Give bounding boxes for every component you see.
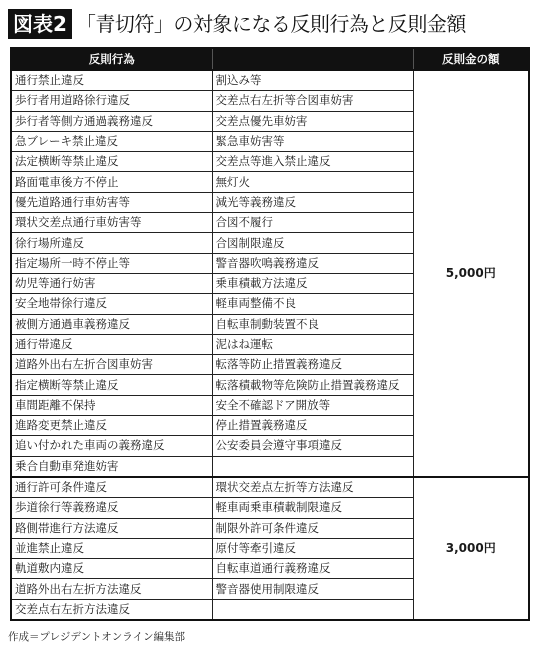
violation-cell-left: 軌道敷内違反: [11, 559, 212, 579]
header-fine-amount: 反則金の額: [413, 48, 529, 70]
violation-cell-right: 公安委員会遵守事項違反: [212, 436, 413, 456]
violation-cell-left: 急ブレーキ禁止違反: [11, 131, 212, 151]
violation-cell-left: 徐行場所違反: [11, 233, 212, 253]
violation-cell-left: 法定横断等禁止違反: [11, 152, 212, 172]
violation-cell-left: 進路変更禁止違反: [11, 416, 212, 436]
violation-cell-right: 割込み等: [212, 70, 413, 91]
violation-cell-left: 優先道路通行車妨害等: [11, 192, 212, 212]
violation-cell-right: 停止措置義務違反: [212, 416, 413, 436]
figure-title: 図表2 「青切符」の対象になる反則行為と反則金額: [8, 9, 466, 39]
violation-cell-right: [212, 599, 413, 620]
violation-cell-right: 警音器吹鳴義務違反: [212, 253, 413, 273]
source-note: 作成＝プレジデントオンライン編集部: [8, 629, 185, 644]
violation-cell-left: 乗合自動車発進妨害: [11, 456, 212, 477]
violation-cell-left: 指定横断等禁止違反: [11, 375, 212, 395]
table-row: 通行許可条件違反環状交差点左折等方法違反3,000円: [11, 477, 529, 498]
violation-cell-left: 通行許可条件違反: [11, 477, 212, 498]
violation-cell-right: 乗車積載方法違反: [212, 273, 413, 293]
violation-cell-right: 合図不履行: [212, 213, 413, 233]
figure-title-text: 「青切符」の対象になる反則行為と反則金額: [76, 9, 466, 39]
table-row: 通行禁止違反割込み等5,000円: [11, 70, 529, 91]
violation-cell-left: 通行帯違反: [11, 334, 212, 354]
violation-cell-left: 路側帯進行方法違反: [11, 518, 212, 538]
header-violation-continued: [212, 48, 413, 70]
violation-cell-left: 道路外出右左折合図車妨害: [11, 355, 212, 375]
violation-cell-left: 安全地帯徐行違反: [11, 294, 212, 314]
figure-badge: 図表2: [8, 9, 72, 39]
violation-cell-left: 指定場所一時不停止等: [11, 253, 212, 273]
violation-cell-right: 交差点等進入禁止違反: [212, 152, 413, 172]
violation-cell-right: 自転車制動装置不良: [212, 314, 413, 334]
violation-cell-right: 原付等牽引違反: [212, 538, 413, 558]
violation-cell-right: 緊急車妨害等: [212, 131, 413, 151]
violation-cell-right: 軽車両乗車積載制限違反: [212, 498, 413, 518]
violation-cell-right: 交差点優先車妨害: [212, 111, 413, 131]
violation-cell-left: 交差点右左折方法違反: [11, 599, 212, 620]
violation-cell-right: 制限外許可条件違反: [212, 518, 413, 538]
violation-cell-right: 泥はね運転: [212, 334, 413, 354]
violation-cell-right: [212, 456, 413, 477]
fine-amount-cell: 3,000円: [413, 477, 529, 620]
violation-cell-right: 警音器使用制限違反: [212, 579, 413, 599]
violation-cell-left: 車間距離不保持: [11, 395, 212, 415]
violation-cell-left: 追い付かれた車両の義務違反: [11, 436, 212, 456]
violation-cell-left: 歩行者等側方通過義務違反: [11, 111, 212, 131]
table-header-row: 反則行為 反則金の額: [11, 48, 529, 70]
fine-amount-cell: 5,000円: [413, 70, 529, 477]
violation-cell-right: 安全不確認ドア開放等: [212, 395, 413, 415]
violation-cell-right: 交差点右左折等合図車妨害: [212, 91, 413, 111]
violation-cell-left: 道路外出右左折方法違反: [11, 579, 212, 599]
violation-cell-right: 無灯火: [212, 172, 413, 192]
violation-cell-right: 軽車両整備不良: [212, 294, 413, 314]
violation-cell-right: 転落等防止措置義務違反: [212, 355, 413, 375]
violation-cell-left: 通行禁止違反: [11, 70, 212, 91]
violation-cell-right: 自転車道通行義務違反: [212, 559, 413, 579]
violation-cell-left: 並進禁止違反: [11, 538, 212, 558]
violation-cell-left: 被側方通過車義務違反: [11, 314, 212, 334]
violation-cell-right: 環状交差点左折等方法違反: [212, 477, 413, 498]
violation-cell-right: 減光等義務違反: [212, 192, 413, 212]
violation-cell-left: 歩道徐行等義務違反: [11, 498, 212, 518]
violation-cell-left: 歩行者用道路徐行違反: [11, 91, 212, 111]
violation-cell-right: 転落積載物等危険防止措置義務違反: [212, 375, 413, 395]
violation-cell-right: 合図制限違反: [212, 233, 413, 253]
violation-cell-left: 環状交差点通行車妨害等: [11, 213, 212, 233]
header-violation: 反則行為: [11, 48, 212, 70]
violation-cell-left: 路面電車後方不停止: [11, 172, 212, 192]
violation-cell-left: 幼児等通行妨害: [11, 273, 212, 293]
violations-fines-table: 反則行為 反則金の額 通行禁止違反割込み等5,000円歩行者用道路徐行違反交差点…: [10, 47, 530, 621]
